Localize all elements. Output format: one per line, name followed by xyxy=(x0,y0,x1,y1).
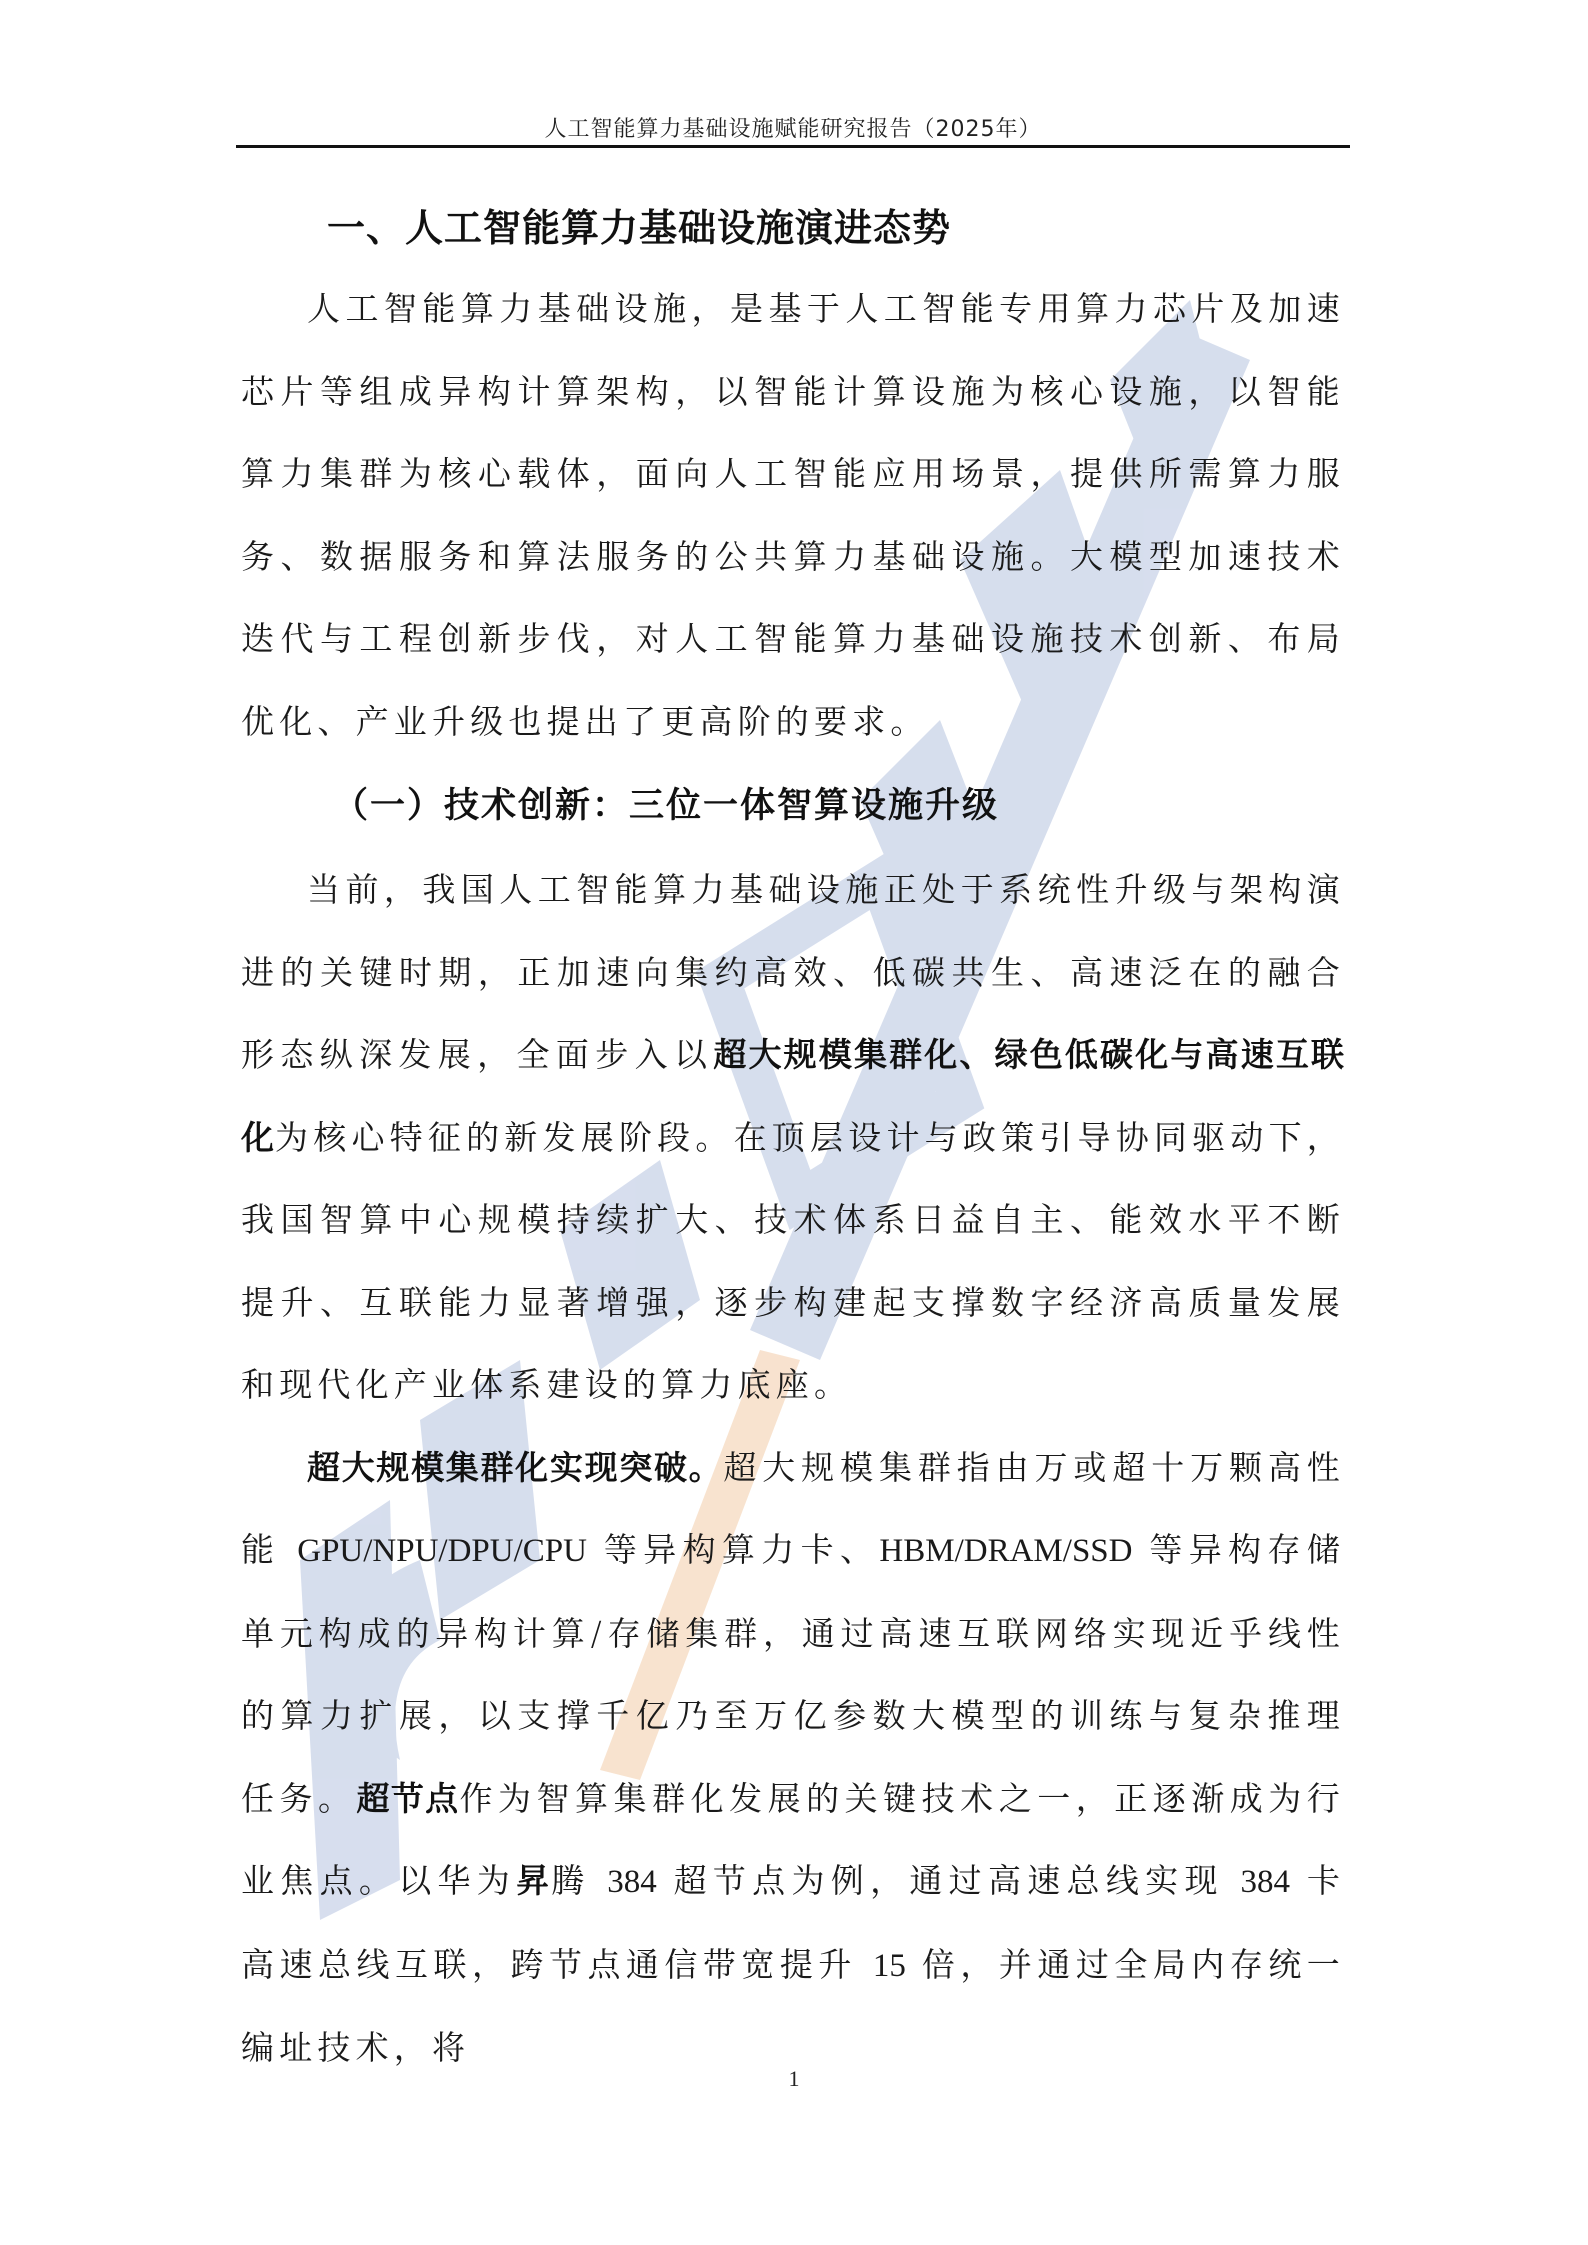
number: 15 xyxy=(873,1948,906,1984)
para-text: 等异构算力卡、 xyxy=(587,1530,879,1569)
number: 384 xyxy=(607,1864,657,1900)
intro-paragraph: 人工智能算力基础设施，是基于人工智能专用算力芯片及加速芯片等组成异构计算架构，以… xyxy=(241,268,1345,763)
para-text: 超节点为例，通过高速总线实现 xyxy=(657,1861,1241,1900)
bold-lead-heading: 超大规模集群化实现突破。 xyxy=(307,1448,723,1487)
subsection-title: （一）技术创新：三位一体智算设施升级 xyxy=(241,763,1345,849)
latin-term: GPU/NPU/DPU/CPU xyxy=(297,1533,587,1569)
number: 384 xyxy=(1241,1864,1291,1900)
para-text: 等异构存储单元构成的异构计算/存储集群，通过高速互联网络实现近乎线性的算力扩展，… xyxy=(241,1530,1345,1818)
para-text: 为核心特征的新发展阶段。在顶层设计与政策引导协同驱动下，我国智算中心规模持续扩大… xyxy=(241,1118,1345,1405)
paragraph-cluster-breakthrough: 超大规模集群化实现突破。超大规模集群指由万或超十万颗高性能 GPU/NPU/DP… xyxy=(241,1427,1345,2090)
paragraph-current-state: 当前，我国人工智能算力基础设施正处于系统性升级与架构演进的关键时期，正加速向集约… xyxy=(241,849,1345,1427)
header-rule xyxy=(236,145,1350,148)
bold-char: 昇 xyxy=(516,1861,551,1900)
latin-term: HBM/DRAM/SSD xyxy=(879,1533,1132,1569)
section-title: 一、人工智能算力基础设施演进态势 xyxy=(241,190,1345,266)
page-number: 1 xyxy=(0,2066,1588,2092)
document-body: 一、人工智能算力基础设施演进态势 人工智能算力基础设施，是基于人工智能专用算力芯… xyxy=(241,190,1345,2090)
running-header: 人工智能算力基础设施赋能研究报告（2025年） xyxy=(236,112,1350,143)
para-text: 腾 xyxy=(551,1861,607,1900)
bold-supernode: 超节点 xyxy=(357,1779,460,1818)
